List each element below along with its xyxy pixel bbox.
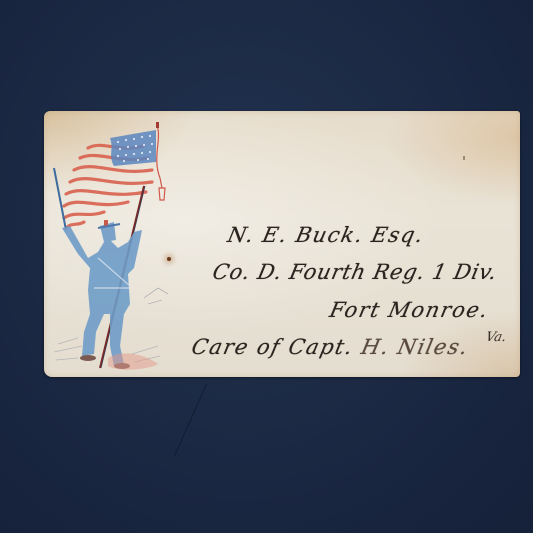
address-state: Va. xyxy=(484,330,507,345)
address-care-of: Care of Capt. H. Niles. xyxy=(189,335,471,359)
address-recipient: N. E. Buck. Esq. xyxy=(225,223,426,247)
address-unit: Co. D. Fourth Reg. 1 Div. xyxy=(210,260,499,284)
care-of-prefix: Care of Capt. xyxy=(189,335,356,359)
address-location: Fort Monroe. xyxy=(327,298,491,322)
care-of-name: H. Niles. xyxy=(359,335,471,359)
address-block: N. E. Buck. Esq. Co. D. Fourth Reg. 1 Di… xyxy=(0,0,533,533)
